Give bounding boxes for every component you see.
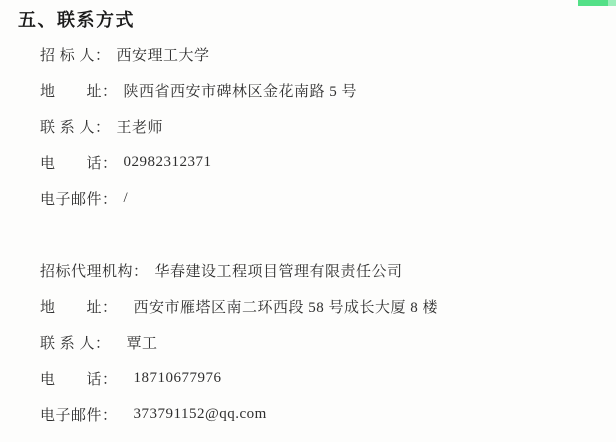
- document-page: 五、联系方式 招 标 人： 西安理工大学 地 址： 陕西省西安市碑林区金花南路 …: [0, 0, 616, 442]
- field-value: 373791152@qq.com: [134, 406, 267, 423]
- agency-contact-person-row: 联 系 人： 覃工: [40, 324, 438, 360]
- tenderer-contact-person-row: 联 系 人： 王老师: [40, 108, 357, 144]
- field-label: 联 系 人：: [40, 332, 111, 353]
- field-value: 覃工: [127, 332, 158, 353]
- agency-contact-block: 招标代理机构： 华春建设工程项目管理有限责任公司 地 址： 西安市雁塔区南二环西…: [40, 252, 438, 432]
- scanner-artifact-bar: [578, 0, 616, 6]
- section-heading: 五、联系方式: [18, 6, 135, 32]
- field-label: 电 话：: [40, 368, 118, 389]
- field-label: 电子邮件：: [40, 404, 118, 425]
- field-value: 王老师: [117, 116, 164, 137]
- field-value: 西安市雁塔区南二环西段 58 号成长大厦 8 楼: [134, 296, 439, 317]
- field-label: 电子邮件：: [40, 188, 118, 209]
- field-label: 电 话：: [40, 152, 118, 173]
- agency-email-row: 电子邮件： 373791152@qq.com: [40, 396, 438, 432]
- agency-address-row: 地 址： 西安市雁塔区南二环西段 58 号成长大厦 8 楼: [40, 288, 438, 324]
- tenderer-name-row: 招 标 人： 西安理工大学: [40, 36, 357, 72]
- field-label: 联 系 人：: [40, 116, 111, 137]
- agency-phone-row: 电 话： 18710677976: [40, 360, 438, 396]
- tenderer-contact-block: 招 标 人： 西安理工大学 地 址： 陕西省西安市碑林区金花南路 5 号 联 系…: [40, 36, 357, 216]
- tenderer-email-row: 电子邮件： /: [40, 180, 357, 216]
- field-label: 招标代理机构：: [40, 260, 149, 281]
- field-label: 招 标 人：: [40, 44, 111, 65]
- field-value: 陕西省西安市碑林区金花南路 5 号: [124, 80, 358, 101]
- field-value: 02982312371: [124, 154, 212, 171]
- field-label: 地 址：: [40, 296, 118, 317]
- field-value: 西安理工大学: [117, 44, 210, 65]
- tenderer-address-row: 地 址： 陕西省西安市碑林区金花南路 5 号: [40, 72, 357, 108]
- field-value: 华春建设工程项目管理有限责任公司: [155, 260, 403, 281]
- field-value: /: [124, 190, 129, 207]
- field-label: 地 址：: [40, 80, 118, 101]
- agency-name-row: 招标代理机构： 华春建设工程项目管理有限责任公司: [40, 252, 438, 288]
- tenderer-phone-row: 电 话： 02982312371: [40, 144, 357, 180]
- field-value: 18710677976: [134, 370, 222, 387]
